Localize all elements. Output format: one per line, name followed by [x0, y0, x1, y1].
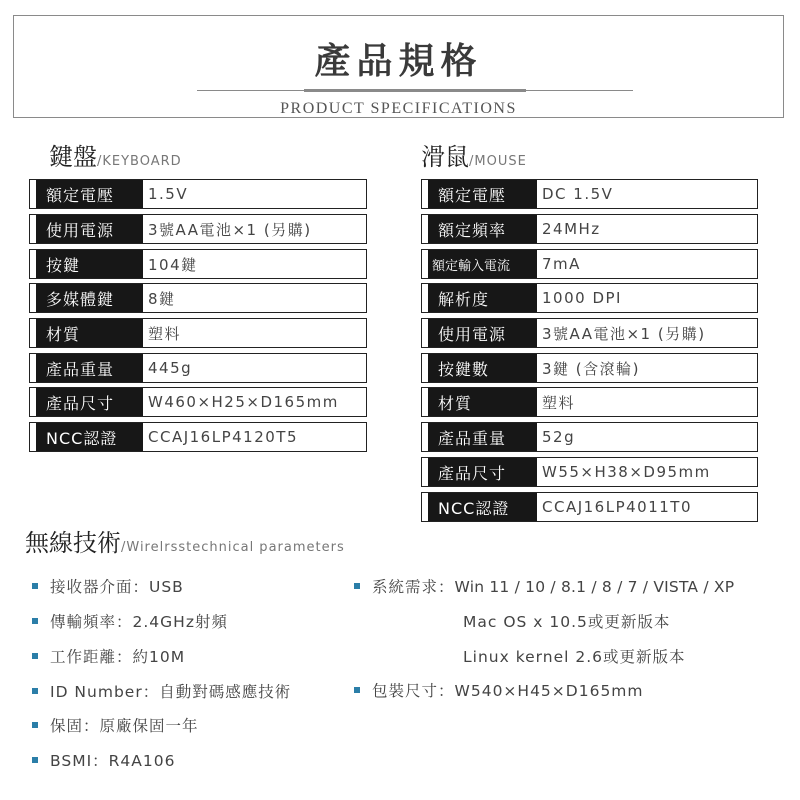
system-label: 系統需求：	[372, 578, 455, 596]
feature-item: 傳輸頻率：2.4GHz射頻	[32, 610, 228, 632]
spec-row: 使用電源3號AA電池×1 (另購)	[29, 214, 367, 244]
spec-value: W460×H25×D165mm	[143, 393, 339, 411]
page-subtitle: PRODUCT SPECIFICATIONS	[14, 100, 783, 118]
spec-row: 額定頻率24MHz	[421, 214, 758, 244]
feature-text: BSMI：R4A106	[50, 752, 175, 770]
spec-value: CCAJ16LP4011T0	[537, 498, 692, 516]
spec-value: 1000 DPI	[537, 289, 622, 307]
spec-value: 塑料	[143, 323, 181, 344]
spec-row: 額定電壓DC 1.5V	[421, 179, 758, 209]
keyboard-section-title: 鍵盤/KEYBOARD	[49, 145, 182, 169]
package-label: 包裝尺寸：	[372, 682, 455, 700]
title-divider-accent	[304, 89, 526, 92]
spec-row: 產品重量445g	[29, 353, 367, 383]
spec-value: CCAJ16LP4120T5	[143, 428, 298, 446]
spec-row: 產品重量52g	[421, 422, 758, 452]
spec-value: 塑料	[537, 392, 575, 413]
feature-item: 工作距離：約10M	[32, 645, 185, 667]
spec-row: 多媒體鍵8鍵	[29, 283, 367, 313]
package-value: W540×H45×D165mm	[455, 682, 644, 700]
spec-label: 多媒體鍵	[36, 284, 143, 312]
spec-value: W55×H38×D95mm	[537, 463, 711, 481]
spec-label: 額定輸入電流	[428, 250, 537, 278]
spec-value: 445g	[143, 359, 192, 377]
spec-label: 產品尺寸	[428, 458, 537, 486]
spec-label: 額定頻率	[428, 215, 537, 243]
bullet-icon	[32, 688, 38, 694]
mouse-title-zh: 滑鼠	[421, 143, 469, 171]
spec-label: 使用電源	[428, 319, 537, 347]
spec-row: 產品尺寸W460×H25×D165mm	[29, 387, 367, 417]
feature-text: 傳輸頻率：2.4GHz射頻	[50, 613, 228, 631]
system-line: Win 11 / 10 / 8.1 / 8 / 7 / VISTA / XP	[455, 578, 735, 596]
spec-label: 材質	[36, 319, 143, 347]
spec-label: 按鍵數	[428, 354, 537, 382]
spec-value: 8鍵	[143, 288, 176, 309]
spec-label: 按鍵	[36, 250, 143, 278]
keyboard-title-en: /KEYBOARD	[97, 154, 182, 169]
header-banner: 產品規格 PRODUCT SPECIFICATIONS	[13, 15, 784, 118]
spec-row: 解析度1000 DPI	[421, 283, 758, 313]
spec-value: 3號AA電池×1 (另購)	[537, 323, 706, 344]
spec-label: 使用電源	[36, 215, 143, 243]
spec-value: 24MHz	[537, 220, 601, 238]
spec-label: 材質	[428, 388, 537, 416]
page-title: 產品規格	[14, 44, 783, 80]
spec-row: 按鍵104鍵	[29, 249, 367, 279]
bullet-icon	[32, 757, 38, 763]
feature-item: 保固：原廠保固一年	[32, 714, 199, 736]
feature-text: 工作距離：約10M	[50, 648, 185, 666]
system-line: Mac OS x 10.5或更新版本	[463, 610, 670, 632]
spec-value: 7mA	[537, 255, 581, 273]
package-size: 包裝尺寸：W540×H45×D165mm	[354, 679, 644, 701]
spec-label: 額定電壓	[428, 180, 537, 208]
spec-label: 產品尺寸	[36, 388, 143, 416]
spec-value: 52g	[537, 428, 575, 446]
spec-value: 104鍵	[143, 254, 198, 275]
spec-row: 按鍵數3鍵 (含滾輪)	[421, 353, 758, 383]
bullet-icon	[32, 653, 38, 659]
spec-row: 使用電源3號AA電池×1 (另購)	[421, 318, 758, 348]
spec-row: 額定電壓1.5V	[29, 179, 367, 209]
spec-row: NCC認證CCAJ16LP4120T5	[29, 422, 367, 452]
wireless-title-en: /Wirelrsstechnical parameters	[121, 540, 345, 555]
feature-item: BSMI：R4A106	[32, 749, 175, 771]
wireless-title-zh: 無線技術	[25, 529, 121, 557]
feature-text: 保固：原廠保固一年	[50, 717, 199, 735]
spec-row: 產品尺寸W55×H38×D95mm	[421, 457, 758, 487]
bullet-icon	[32, 722, 38, 728]
bullet-icon	[354, 583, 360, 589]
wireless-section-title: 無線技術/Wirelrsstechnical parameters	[25, 531, 345, 555]
spec-row: 額定輸入電流7mA	[421, 249, 758, 279]
bullet-icon	[32, 583, 38, 589]
spec-value: 3鍵 (含滾輪)	[537, 358, 640, 379]
spec-label: 產品重量	[428, 423, 537, 451]
spec-row: NCC認證CCAJ16LP4011T0	[421, 492, 758, 522]
bullet-icon	[32, 618, 38, 624]
spec-label: 產品重量	[36, 354, 143, 382]
spec-value: DC 1.5V	[537, 185, 613, 203]
spec-row: 材質塑料	[421, 387, 758, 417]
spec-value: 1.5V	[143, 185, 188, 203]
mouse-title-en: /MOUSE	[469, 154, 527, 169]
system-line: Linux kernel 2.6或更新版本	[463, 645, 686, 667]
mouse-section-title: 滑鼠/MOUSE	[421, 145, 527, 169]
feature-item: ID Number：自動對碼感應技術	[32, 680, 291, 702]
spec-value: 3號AA電池×1 (另購)	[143, 219, 312, 240]
feature-text: ID Number：自動對碼感應技術	[50, 683, 291, 701]
spec-label: 額定電壓	[36, 180, 143, 208]
spec-label: NCC認證	[428, 493, 537, 521]
spec-row: 材質塑料	[29, 318, 367, 348]
system-requirements: 系統需求：Win 11 / 10 / 8.1 / 8 / 7 / VISTA /…	[354, 575, 734, 597]
keyboard-title-zh: 鍵盤	[49, 143, 97, 171]
feature-text: 接收器介面：USB	[50, 578, 184, 596]
bullet-icon	[354, 687, 360, 693]
spec-label: 解析度	[428, 284, 537, 312]
feature-item: 接收器介面：USB	[32, 575, 184, 597]
spec-label: NCC認證	[36, 423, 143, 451]
